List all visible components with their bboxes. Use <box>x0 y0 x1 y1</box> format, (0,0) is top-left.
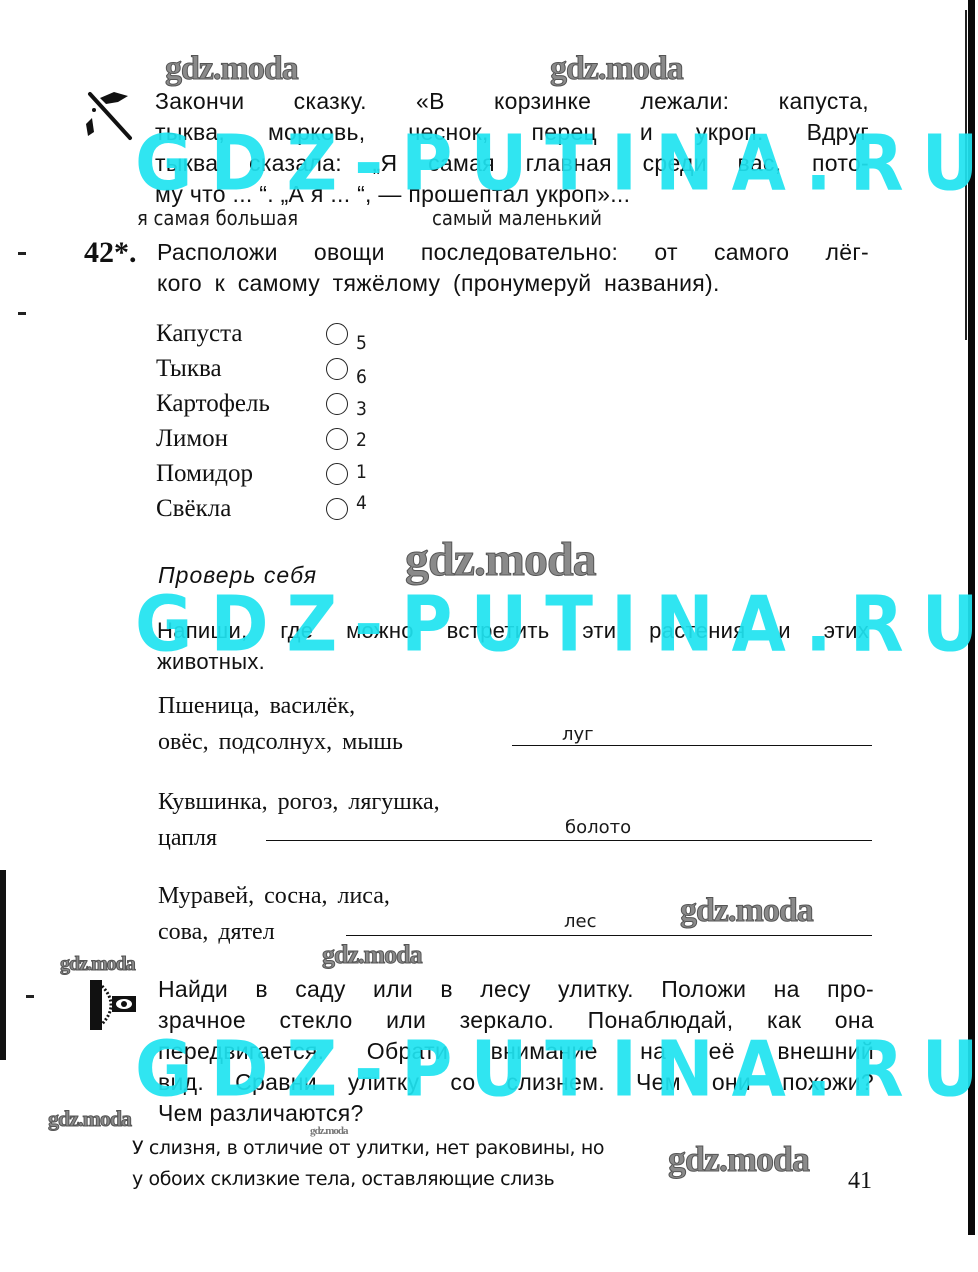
handwritten-number: 3 <box>356 398 367 420</box>
vegetable-name: Лимон <box>156 425 326 453</box>
handwritten-answer: болото <box>565 817 631 838</box>
number-circle[interactable] <box>326 498 348 520</box>
handwritten-number: 6 <box>356 366 367 388</box>
handwritten-number: 2 <box>356 429 367 451</box>
handwritten-answer: лес <box>564 911 596 932</box>
handwritten-number: 4 <box>356 492 367 514</box>
watermark-gdz-putina: GDZ-PUTINA.RU <box>135 579 978 669</box>
answer-line-text: У слизня, в отличие от улитки, нет раков… <box>132 1133 604 1164</box>
text-line: Найди в саду или в лесу улитку. Положи н… <box>158 974 874 1005</box>
number-circle[interactable] <box>326 393 348 415</box>
margin-mark <box>26 995 34 998</box>
scan-edge-left <box>0 870 6 1060</box>
text-line: кого к самому тяжёлому (пронумеруй назва… <box>157 268 869 299</box>
number-circle[interactable] <box>326 463 348 485</box>
vegetable-item: Лимон 2 <box>156 421 367 456</box>
vegetable-item: Капуста 5 <box>156 316 367 351</box>
handwritten-answer: самый маленький <box>432 206 602 230</box>
pencil-icon <box>84 88 136 144</box>
watermark-gdz-putina: GDZ-PUTINA.RU <box>135 1024 978 1114</box>
margin-mark <box>18 312 26 315</box>
vegetable-item: Тыква 6 <box>156 351 367 386</box>
group-text: Пшеница, василёк, овёс, подсолнух, мышь <box>158 688 403 760</box>
number-circle[interactable] <box>326 428 348 450</box>
answer-line[interactable] <box>346 935 872 936</box>
task-42-text: Расположи овощи последовательно: от само… <box>157 237 869 299</box>
vegetable-name: Капуста <box>156 320 326 348</box>
watermark-gdz-putina: GDZ-PUTINA.RU <box>135 118 978 208</box>
vegetable-name: Картофель <box>156 390 326 418</box>
text-line: Расположи овощи последовательно: от само… <box>157 237 869 268</box>
group-line: Пшеница, василёк, <box>158 688 403 724</box>
eye-observe-icon <box>90 980 138 1030</box>
vegetable-list: Капуста 5 Тыква 6 Картофель 3 Лимон 2 По… <box>156 316 367 526</box>
watermark-gdz-moda: gdz.moda <box>680 892 813 930</box>
text-line: Закончи сказку. «В корзинке лежали: капу… <box>155 86 869 117</box>
vegetable-item: Помидор 1 <box>156 456 367 491</box>
vegetable-item: Картофель 3 <box>156 386 367 421</box>
answer-line[interactable] <box>512 745 872 746</box>
vegetable-name: Помидор <box>156 460 326 488</box>
handwritten-number: 5 <box>356 332 367 354</box>
number-circle[interactable] <box>326 358 348 380</box>
group-line: овёс, подсолнух, мышь <box>158 724 403 760</box>
number-circle[interactable] <box>326 323 348 345</box>
vegetable-name: Тыква <box>156 355 326 383</box>
watermark-gdz-moda: gdz.moda <box>48 1106 131 1132</box>
task-number: 42*. <box>84 236 137 270</box>
group-line: Кувшинка, рогоз, лягушка, <box>158 784 440 820</box>
page-number: 41 <box>848 1168 872 1195</box>
group-line: цапля <box>158 820 440 856</box>
group-line: Муравей, сосна, лиса, <box>158 878 390 914</box>
margin-mark <box>18 252 26 255</box>
handwritten-number: 1 <box>356 461 367 483</box>
watermark-gdz-moda: gdz.moda <box>165 50 298 88</box>
group-text: Кувшинка, рогоз, лягушка, цапля <box>158 784 440 856</box>
answer-line[interactable] <box>266 840 872 841</box>
watermark-gdz-moda: gdz.moda <box>668 1138 809 1180</box>
vegetable-name: Свёкла <box>156 495 326 523</box>
watermark-gdz-moda: gdz.moda <box>550 50 683 88</box>
handwritten-answer: я самая большая <box>137 206 298 230</box>
handwritten-answer: луг <box>562 724 594 745</box>
watermark-gdz-moda: gdz.moda <box>322 940 422 970</box>
watermark-gdz-moda: gdz.moda <box>60 953 135 976</box>
handwritten-answer: У слизня, в отличие от улитки, нет раков… <box>132 1133 604 1195</box>
answer-line-text: у обоих склизкие тела, оставляющие слизь <box>132 1164 604 1195</box>
vegetable-item: Свёкла 4 <box>156 491 367 526</box>
